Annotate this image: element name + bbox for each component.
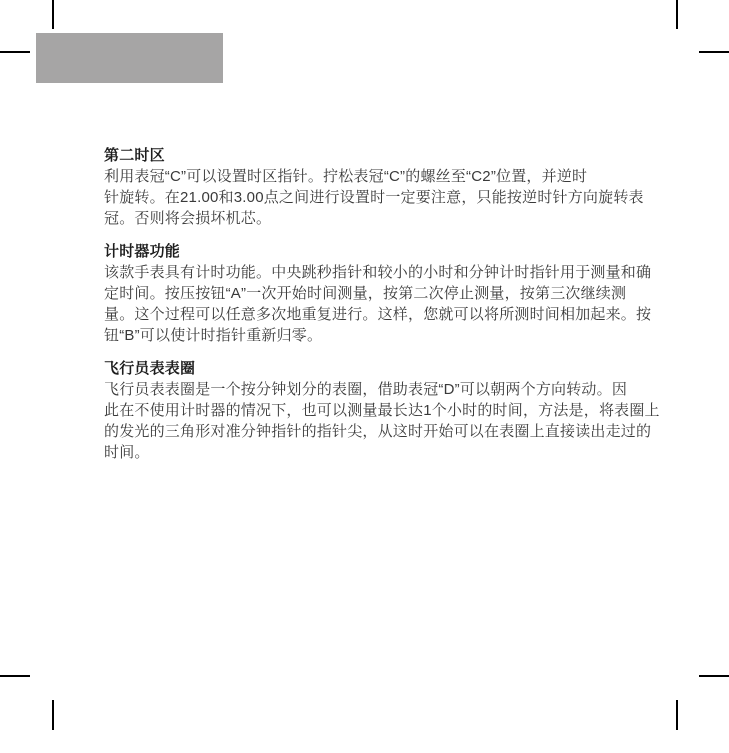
section-second-time-zone: 第二时区 利用表冠“C”可以设置时区指针。拧松表冠“C”的螺丝至“C2”位置，并…	[104, 145, 649, 229]
body-line: 时间。	[104, 442, 649, 463]
body-line: 定时间。按压按钮“A”一次开始时间测量，按第二次停止测量，按第三次继续测	[104, 283, 649, 304]
crop-mark-bottom-right-vertical	[676, 700, 678, 730]
gray-placeholder-box	[36, 33, 223, 83]
body-line: 冠。否则将会损坏机芯。	[104, 208, 649, 229]
manual-page: 第二时区 利用表冠“C”可以设置时区指针。拧松表冠“C”的螺丝至“C2”位置，并…	[0, 0, 729, 753]
heading-chronograph-function: 计时器功能	[104, 241, 649, 262]
crop-mark-top-right-horizontal	[699, 51, 729, 53]
crop-mark-top-right-vertical	[676, 0, 678, 29]
crop-mark-top-left-vertical	[52, 0, 54, 29]
crop-mark-top-left-horizontal	[0, 51, 30, 53]
body-line: 利用表冠“C”可以设置时区指针。拧松表冠“C”的螺丝至“C2”位置，并逆时	[104, 166, 649, 187]
manual-content: 第二时区 利用表冠“C”可以设置时区指针。拧松表冠“C”的螺丝至“C2”位置，并…	[104, 145, 649, 463]
body-line: 钮“B”可以使计时指针重新归零。	[104, 325, 649, 346]
crop-mark-bottom-left-horizontal	[0, 675, 30, 677]
body-line: 针旋转。在21.00和3.00点之间进行设置时一定要注意，只能按逆时针方向旋转表	[104, 187, 649, 208]
body-line: 飞行员表表圈是一个按分钟划分的表圈，借助表冠“D”可以朝两个方向转动。因	[104, 379, 649, 400]
section-pilot-bezel: 飞行员表表圈 飞行员表表圈是一个按分钟划分的表圈，借助表冠“D”可以朝两个方向转…	[104, 358, 649, 463]
section-chronograph-function: 计时器功能 该款手表具有计时功能。中央跳秒指针和较小的小时和分钟计时指针用于测量…	[104, 241, 649, 346]
heading-pilot-bezel: 飞行员表表圈	[104, 358, 649, 379]
body-line: 此在不使用计时器的情况下，也可以测量最长达1个小时的时间，方法是，将表圈上	[104, 400, 649, 421]
body-line: 量。这个过程可以任意多次地重复进行。这样，您就可以将所测时间相加起来。按	[104, 304, 649, 325]
body-line: 该款手表具有计时功能。中央跳秒指针和较小的小时和分钟计时指针用于测量和确	[104, 262, 649, 283]
crop-mark-bottom-left-vertical	[52, 700, 54, 730]
heading-second-time-zone: 第二时区	[104, 145, 649, 166]
body-line: 的发光的三角形对准分钟指针的指针尖，从这时开始可以在表圈上直接读出走过的	[104, 421, 649, 442]
crop-mark-bottom-right-horizontal	[699, 675, 729, 677]
